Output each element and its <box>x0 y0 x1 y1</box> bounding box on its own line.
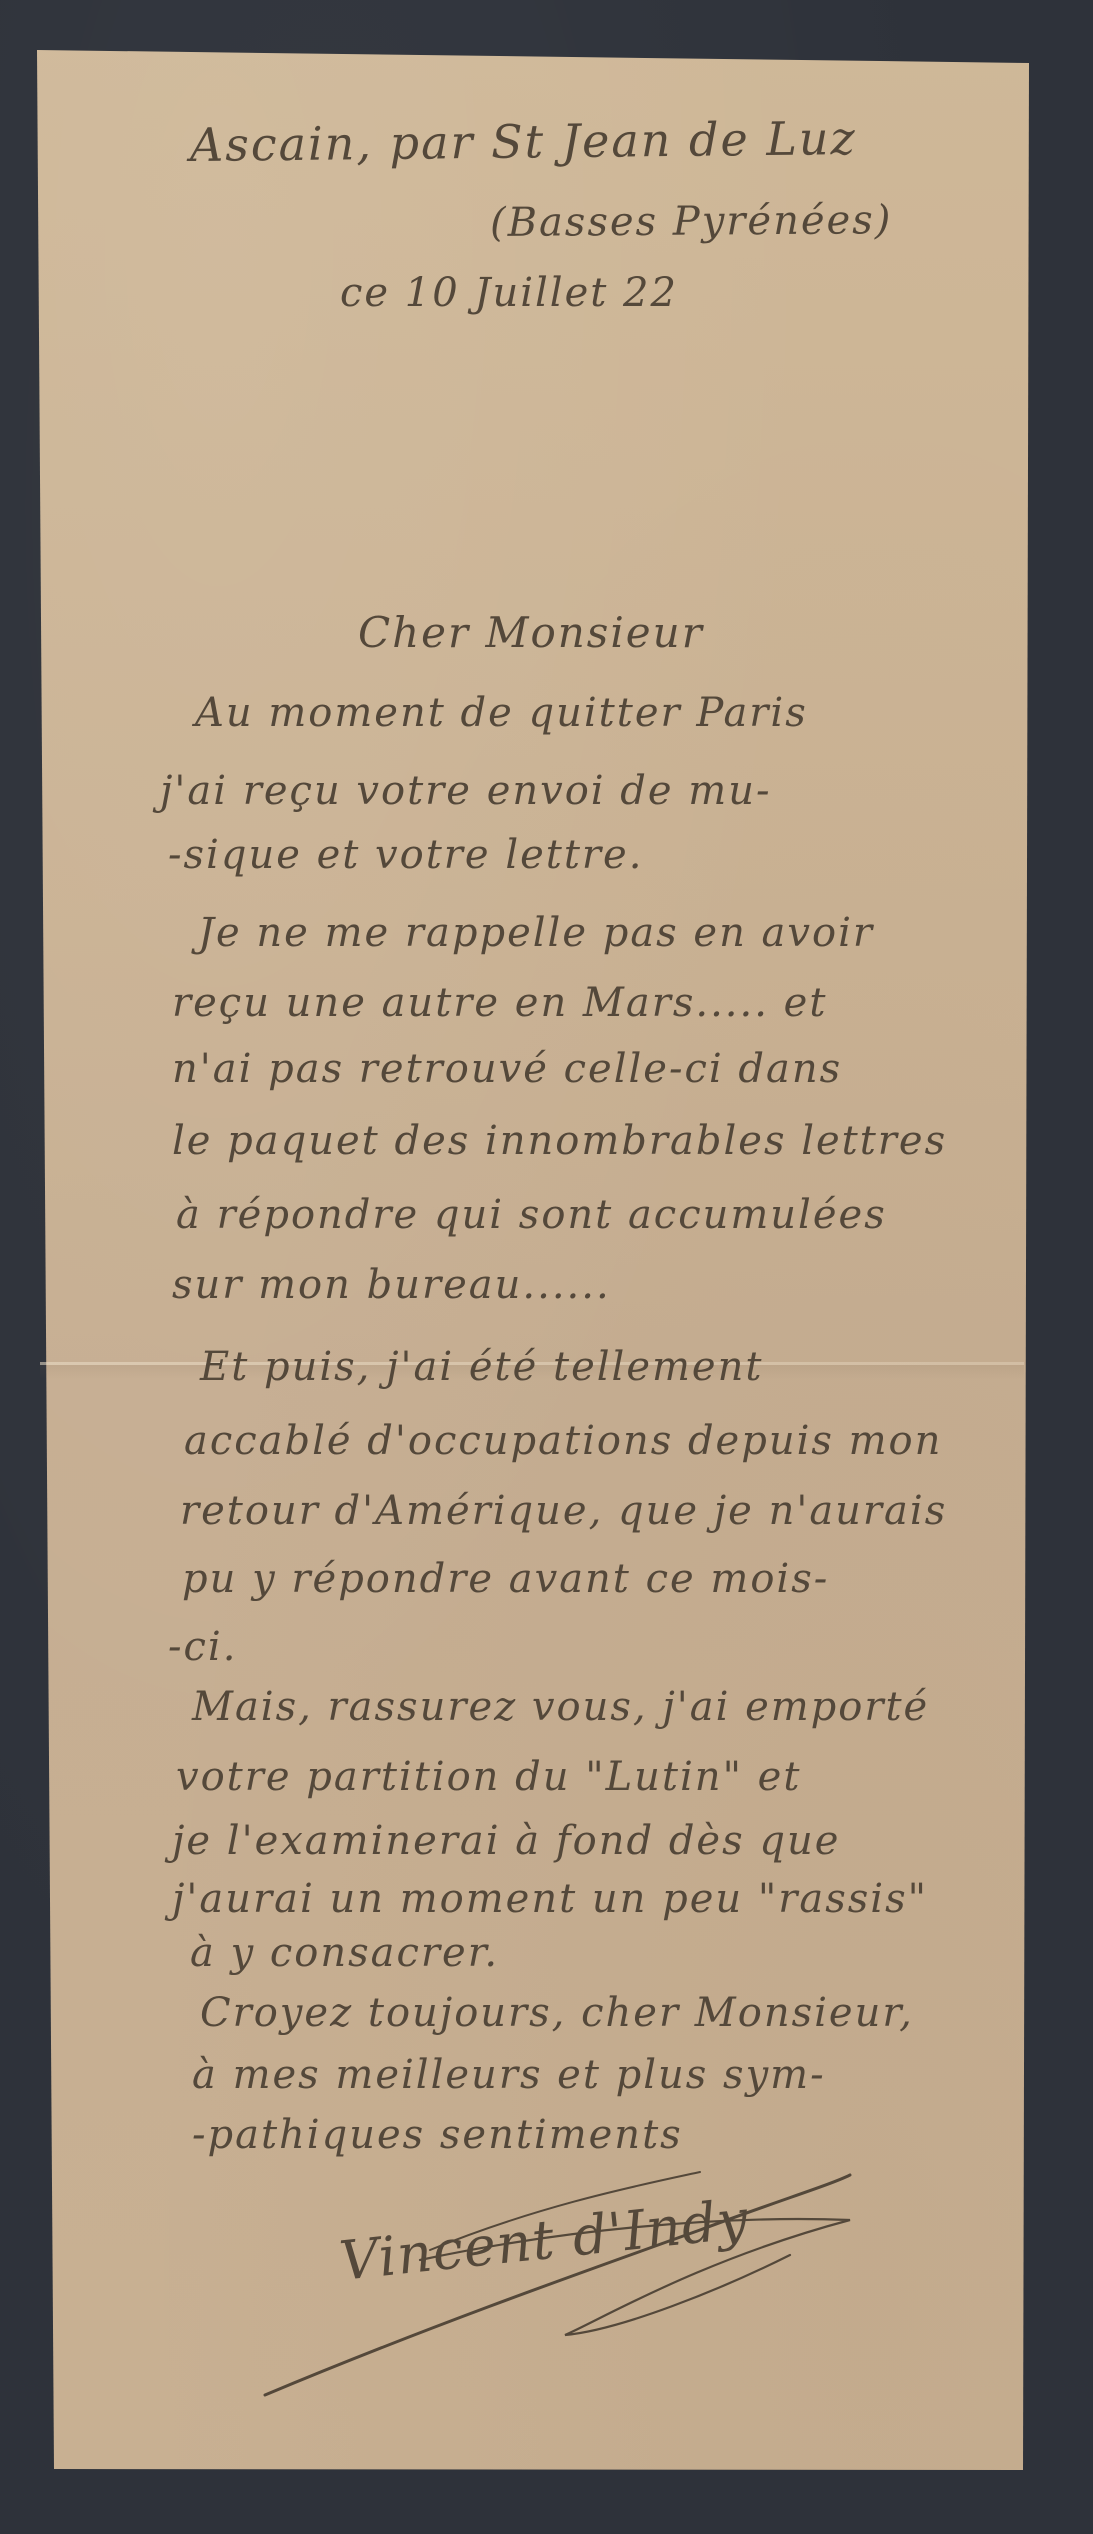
signature-flourish-icon <box>0 0 1093 2534</box>
